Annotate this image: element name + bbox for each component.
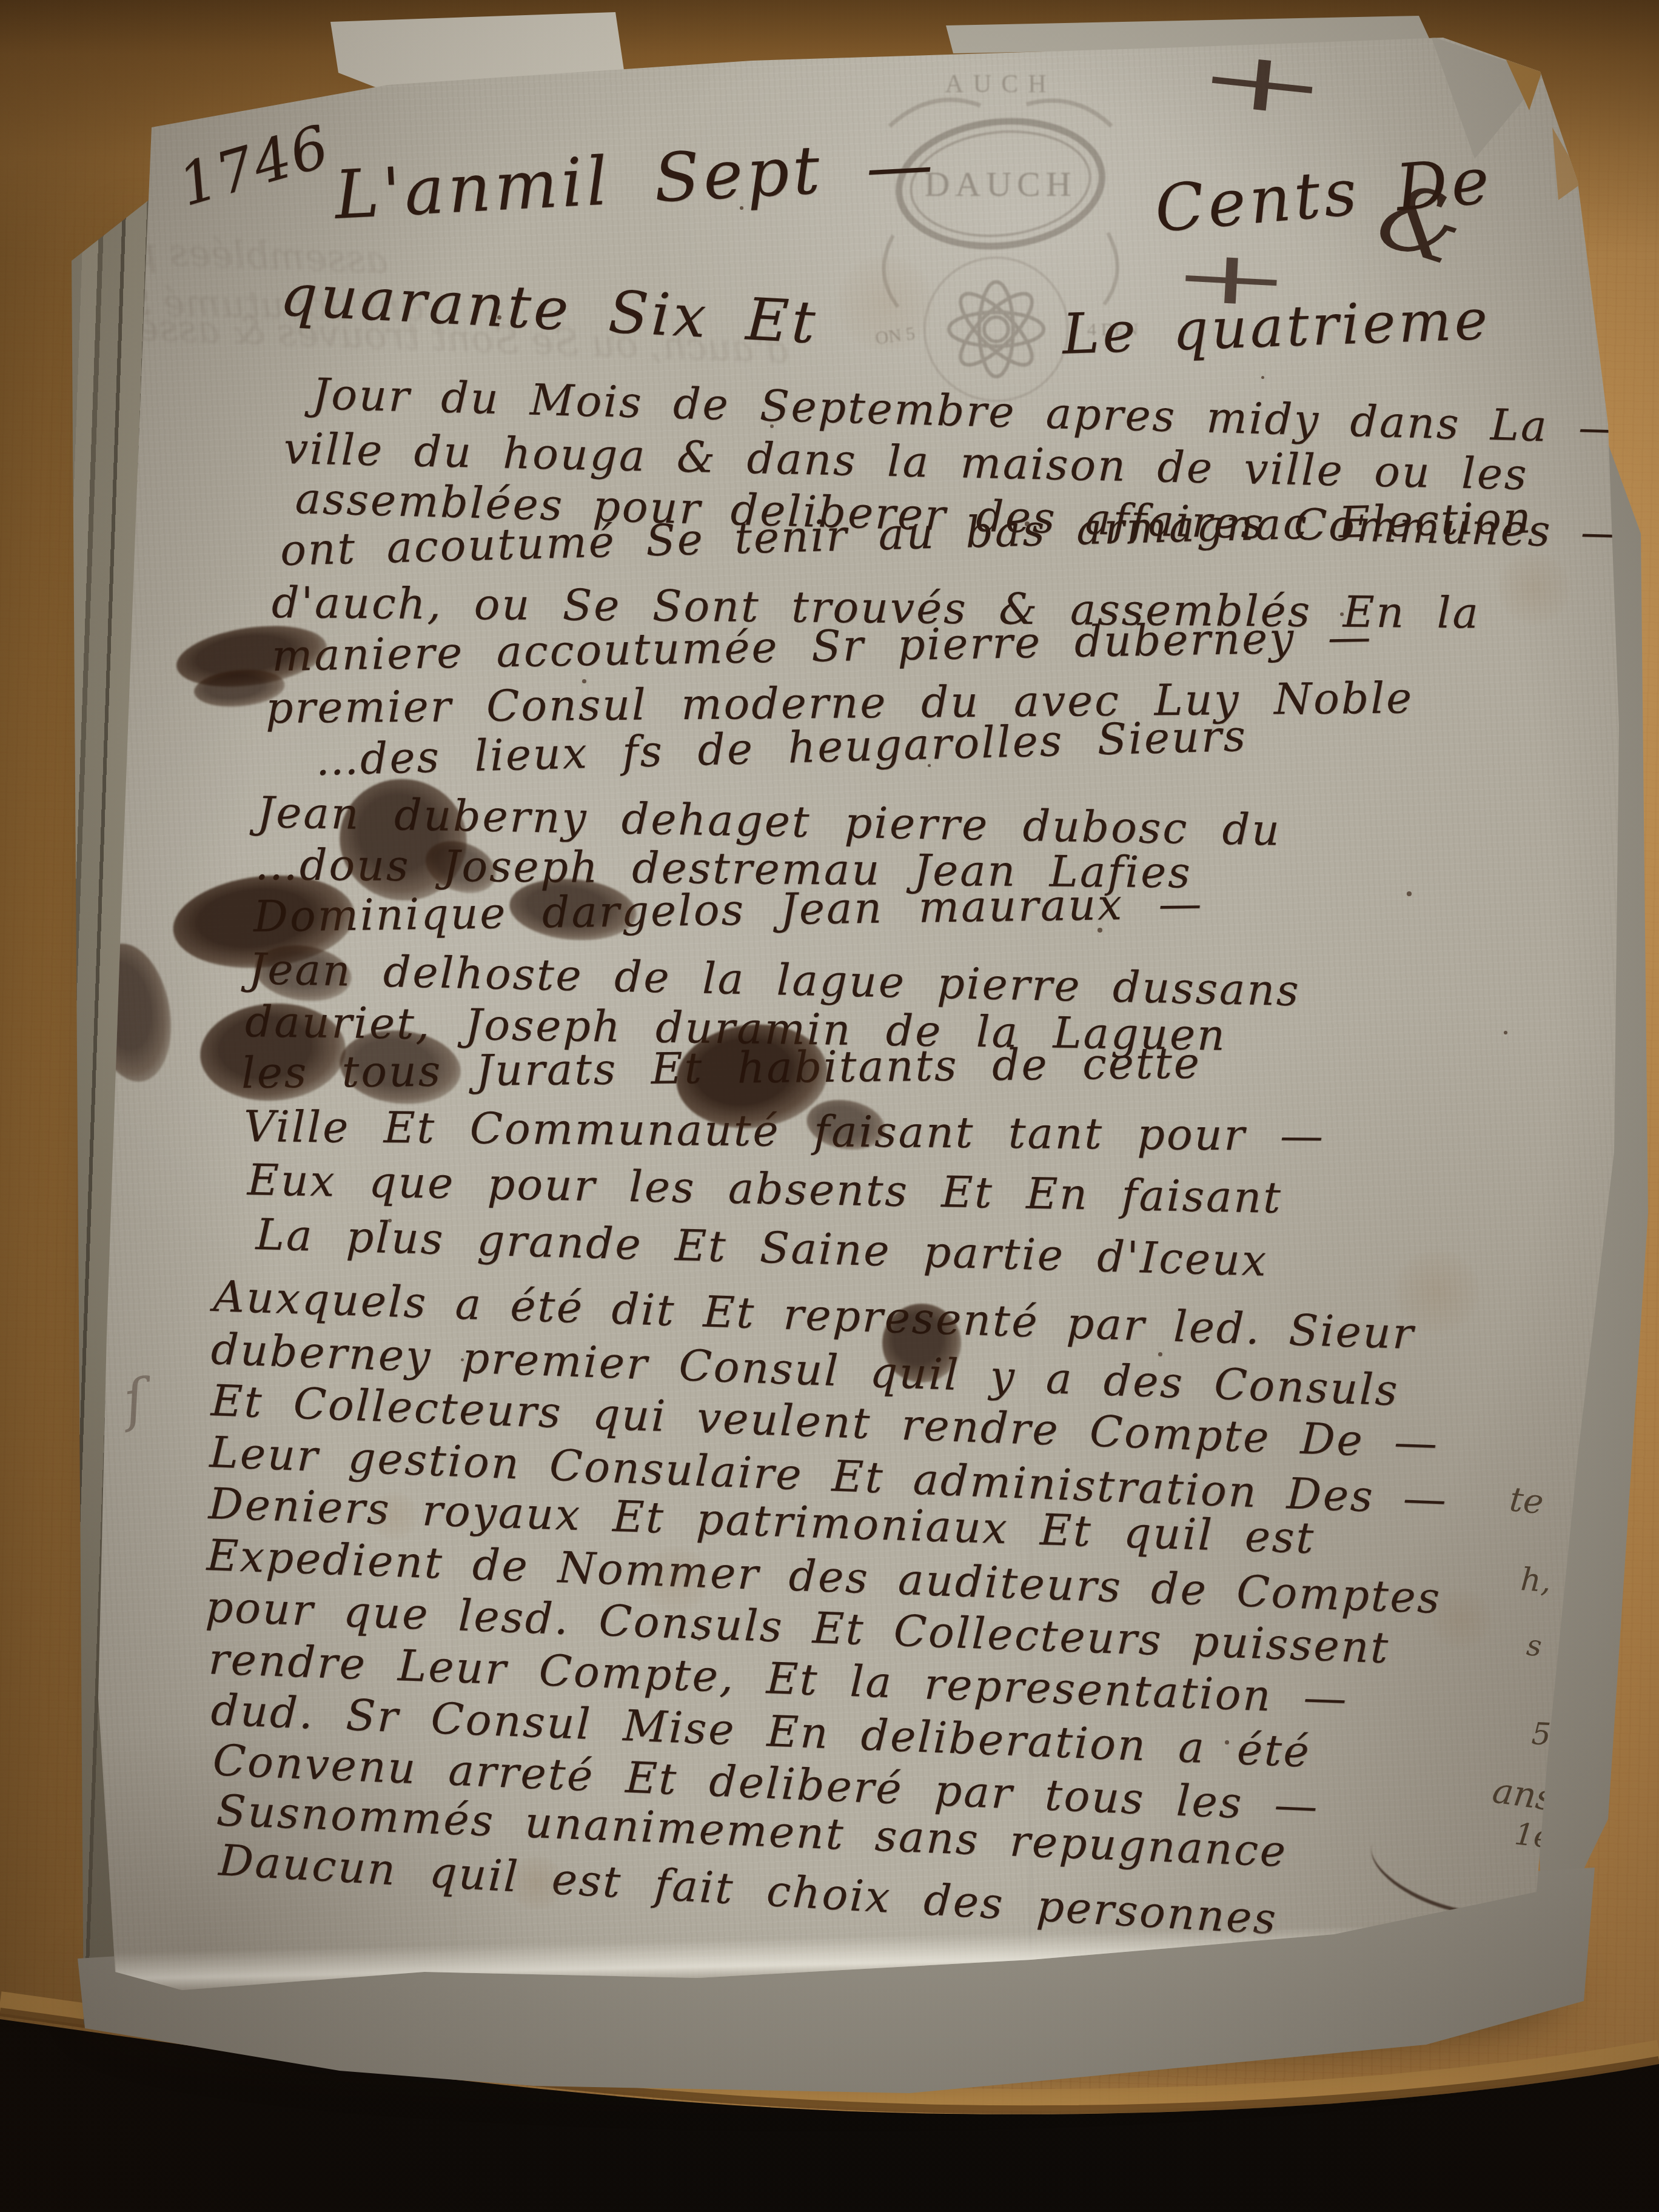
ink-speck bbox=[388, 1219, 392, 1222]
ink-speck bbox=[1504, 1031, 1507, 1034]
edge-text-fragment: s bbox=[1525, 1628, 1543, 1663]
ink-speck bbox=[582, 679, 586, 683]
foxing-spot bbox=[370, 1492, 418, 1540]
ink-speck bbox=[770, 424, 774, 428]
ink-speck bbox=[1407, 891, 1412, 896]
ink-speck bbox=[1158, 1352, 1162, 1356]
stamp-cartouche-text: DAUCH bbox=[924, 164, 1076, 204]
foxing-spot bbox=[1395, 1249, 1480, 1334]
handwritten-line: La plus grande Et Saine partie d'Iceux bbox=[255, 1209, 1269, 1286]
foxing-spot bbox=[837, 255, 934, 352]
ink-speck bbox=[697, 1637, 701, 1641]
foxing-spot bbox=[1431, 1589, 1492, 1649]
ink-speck bbox=[1340, 612, 1344, 616]
foxing-spot bbox=[1498, 552, 1570, 625]
ink-speck bbox=[1025, 521, 1030, 526]
foxing-spot bbox=[509, 1855, 564, 1910]
pen-mark: ſ bbox=[120, 1367, 150, 1434]
ink-speck bbox=[1225, 1740, 1229, 1744]
ink-speck bbox=[740, 206, 743, 210]
foxing-spot bbox=[643, 1546, 709, 1613]
ink-speck bbox=[1098, 928, 1102, 933]
manuscript-page: AUCH DAUCH ON 5 4 DEN bbox=[0, 0, 1659, 2212]
tax-stamp: AUCH DAUCH ON 5 4 DEN bbox=[858, 53, 1143, 441]
ink-speck bbox=[1261, 376, 1264, 379]
pen-mark: + bbox=[1168, 233, 1294, 324]
handwritten-line: L'anmil Sept — bbox=[333, 125, 939, 234]
edge-text-fragment: te bbox=[1508, 1480, 1546, 1522]
ink-blot bbox=[882, 1304, 961, 1382]
ink-speck bbox=[928, 764, 931, 767]
ink-speck bbox=[461, 1358, 464, 1361]
stamp-arc-text: AUCH bbox=[945, 70, 1056, 98]
edge-text-fragment: h, bbox=[1520, 1561, 1552, 1600]
photo-scene: AUCH DAUCH ON 5 4 DEN bbox=[0, 0, 1659, 2212]
ink-speck bbox=[497, 315, 501, 320]
